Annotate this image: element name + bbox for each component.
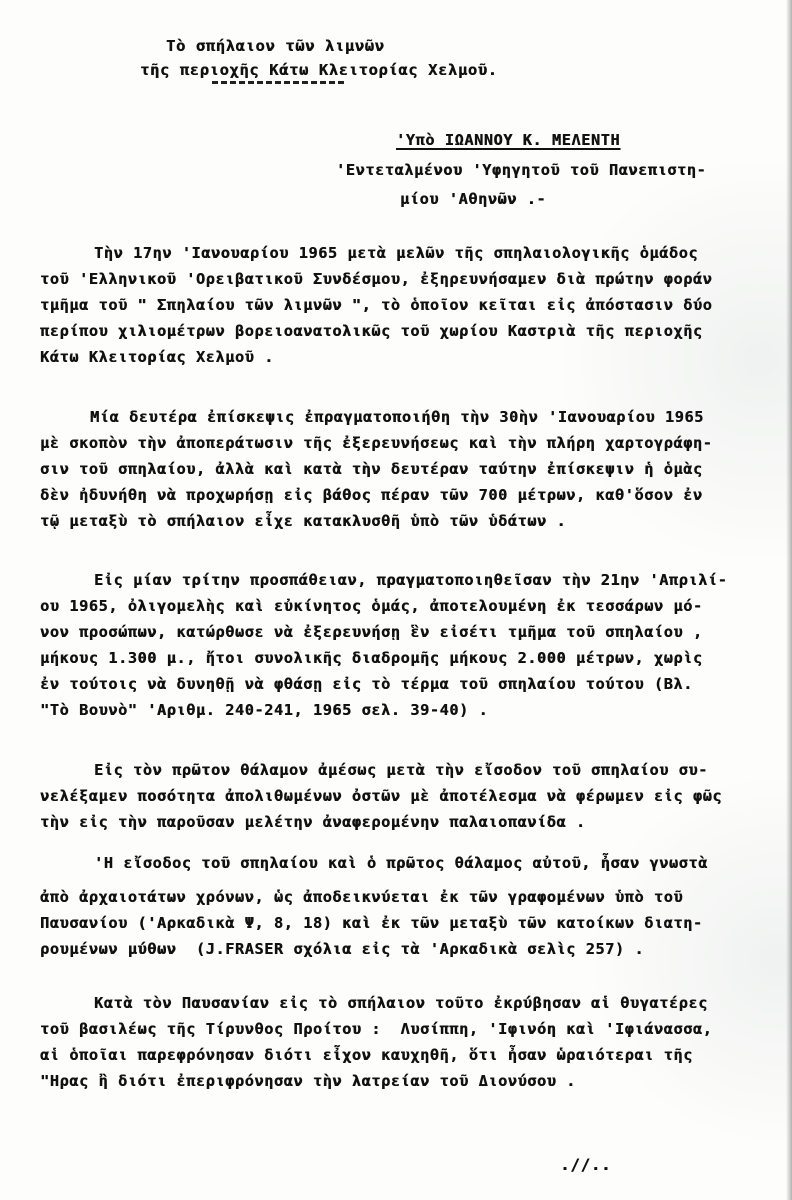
author-affiliation-line-2: μίου 'Αθηνῶν .-	[400, 189, 546, 209]
paragraph-line: Κατὰ τὸν Παυσανίαν εἰς τὸ σπήλαιον τοῦτο…	[94, 993, 708, 1013]
author-affiliation-line-1: 'Εντεταλμένου 'Υφηγητοῦ τοῦ Πανεπιστη-	[336, 160, 706, 180]
paragraph-line: τοῦ 'Ελληνικοῦ 'Ορειβατικοῦ Συνδέσμου, ἐ…	[40, 269, 712, 289]
paragraph-line: δὲν ἠδυνήθη νὰ προχωρήσῃ εἰς βάθος πέραν…	[40, 485, 703, 505]
paragraph-line: Μία δευτέρα ἐπίσκεψις ἐπραγματοποιήθη τὴ…	[90, 407, 704, 427]
title-underline	[212, 81, 344, 84]
paragraph-line: Παυσανίου ('Αρκαδικὰ Ψ, 8, 18) καὶ ἐκ τῶ…	[40, 913, 703, 933]
paragraph-line: τμῆμα τοῦ " Σπηλαίου τῶν λιμνῶν ", τὸ ὁπ…	[40, 295, 712, 315]
paragraph-line: τοῦ βασιλέως τῆς Τίρυνθος Προίτου : Λυσί…	[40, 1019, 712, 1039]
paragraph-line: νελέξαμεν ποσότητα ἀπολιθωμένων ὀστῶν μὲ…	[40, 786, 722, 806]
title-line-1: Τὸ σπήλαιον τῶν λιμνῶν	[166, 36, 385, 56]
paragraph-line: τὴν εἰς τὴν παροῦσαν μελέτην ἀναφερομένη…	[40, 812, 586, 832]
paragraph-line: Τὴν 17ην 'Ιανουαρίου 1965 μετὰ μελῶν τῆς…	[94, 243, 698, 263]
paragraph-line: περίπου χιλιομέτρων βορειοανατολικῶς τοῦ…	[40, 321, 703, 341]
paragraph-line: ου 1965, ὀλιγομελὴς καὶ εὐκίνητος ὁμάς, …	[40, 596, 703, 616]
paragraph-line: τῷ μεταξὺ τὸ σπήλαιον εἶχε κατακλυσθῆ ὑπ…	[40, 511, 566, 531]
typewritten-page: Τὸ σπήλαιον τῶν λιμνῶν τῆς περιοχῆς Κάτω…	[0, 0, 792, 1200]
paragraph-line: Κάτω Κλειτορίας Χελμοῦ .	[40, 347, 274, 367]
continuation-mark: .//..	[560, 1155, 611, 1175]
paragraph-line: Εἰς μίαν τρίτην προσπάθειαν, πραγματοποι…	[94, 570, 727, 590]
paragraph-line: μὲ σκοπὸν τὴν ἀποπεράτωσιν τῆς ἐξερευνήσ…	[40, 433, 712, 453]
scan-edge-shadow	[786, 0, 792, 1200]
paragraph-line: Εἰς τὸν πρῶτον θάλαμον ἀμέσως μετὰ τὴν ε…	[94, 760, 708, 780]
paragraph-line: νον προσώπων, κατώρθωσε νὰ ἐξερευνήσῃ ἓν…	[40, 622, 703, 642]
title-line-2: τῆς περιοχῆς Κάτω Κλειτορίας Χελμοῦ.	[140, 60, 498, 80]
paragraph-line: μήκους 1.300 μ., ἤτοι συνολικῆς διαδρομῆ…	[40, 648, 703, 668]
paragraph-line: 'Η εἴσοδος τοῦ σπηλαίου καὶ ὁ πρῶτος θάλ…	[94, 853, 708, 873]
paragraph-line: σιν τοῦ σπηλαίου, ἀλλὰ καὶ κατὰ τὴν δευτ…	[40, 459, 703, 479]
paragraph-line: "Τὸ Βουνὸ" 'Αριθμ. 240-241, 1965 σελ. 39…	[40, 700, 488, 720]
paragraph-line: αἱ ὁποῖαι παρεφρόνησαν διότι εἶχον καυχη…	[40, 1045, 693, 1065]
paragraph-line: ρουμένων μύθων (J.FRASER σχόλια εἰς τὰ '…	[40, 939, 644, 959]
paragraph-line: ἐν τούτοις νὰ δυνηθῇ νὰ φθάσῃ εἰς τὸ τέρ…	[40, 674, 693, 694]
author-byline: 'Υπὸ ΙΩΑΝΝΟΥ Κ. ΜΕΛΕΝΤΗ	[396, 130, 620, 150]
paragraph-line: "Ηρας ἢ διότι ἐπεριφρόνησαν τὴν λατρείαν…	[40, 1071, 576, 1091]
paragraph-line: ἀπὸ ἀρχαιοτάτων χρόνων, ὡς ἀποδεικνύεται…	[40, 887, 683, 907]
